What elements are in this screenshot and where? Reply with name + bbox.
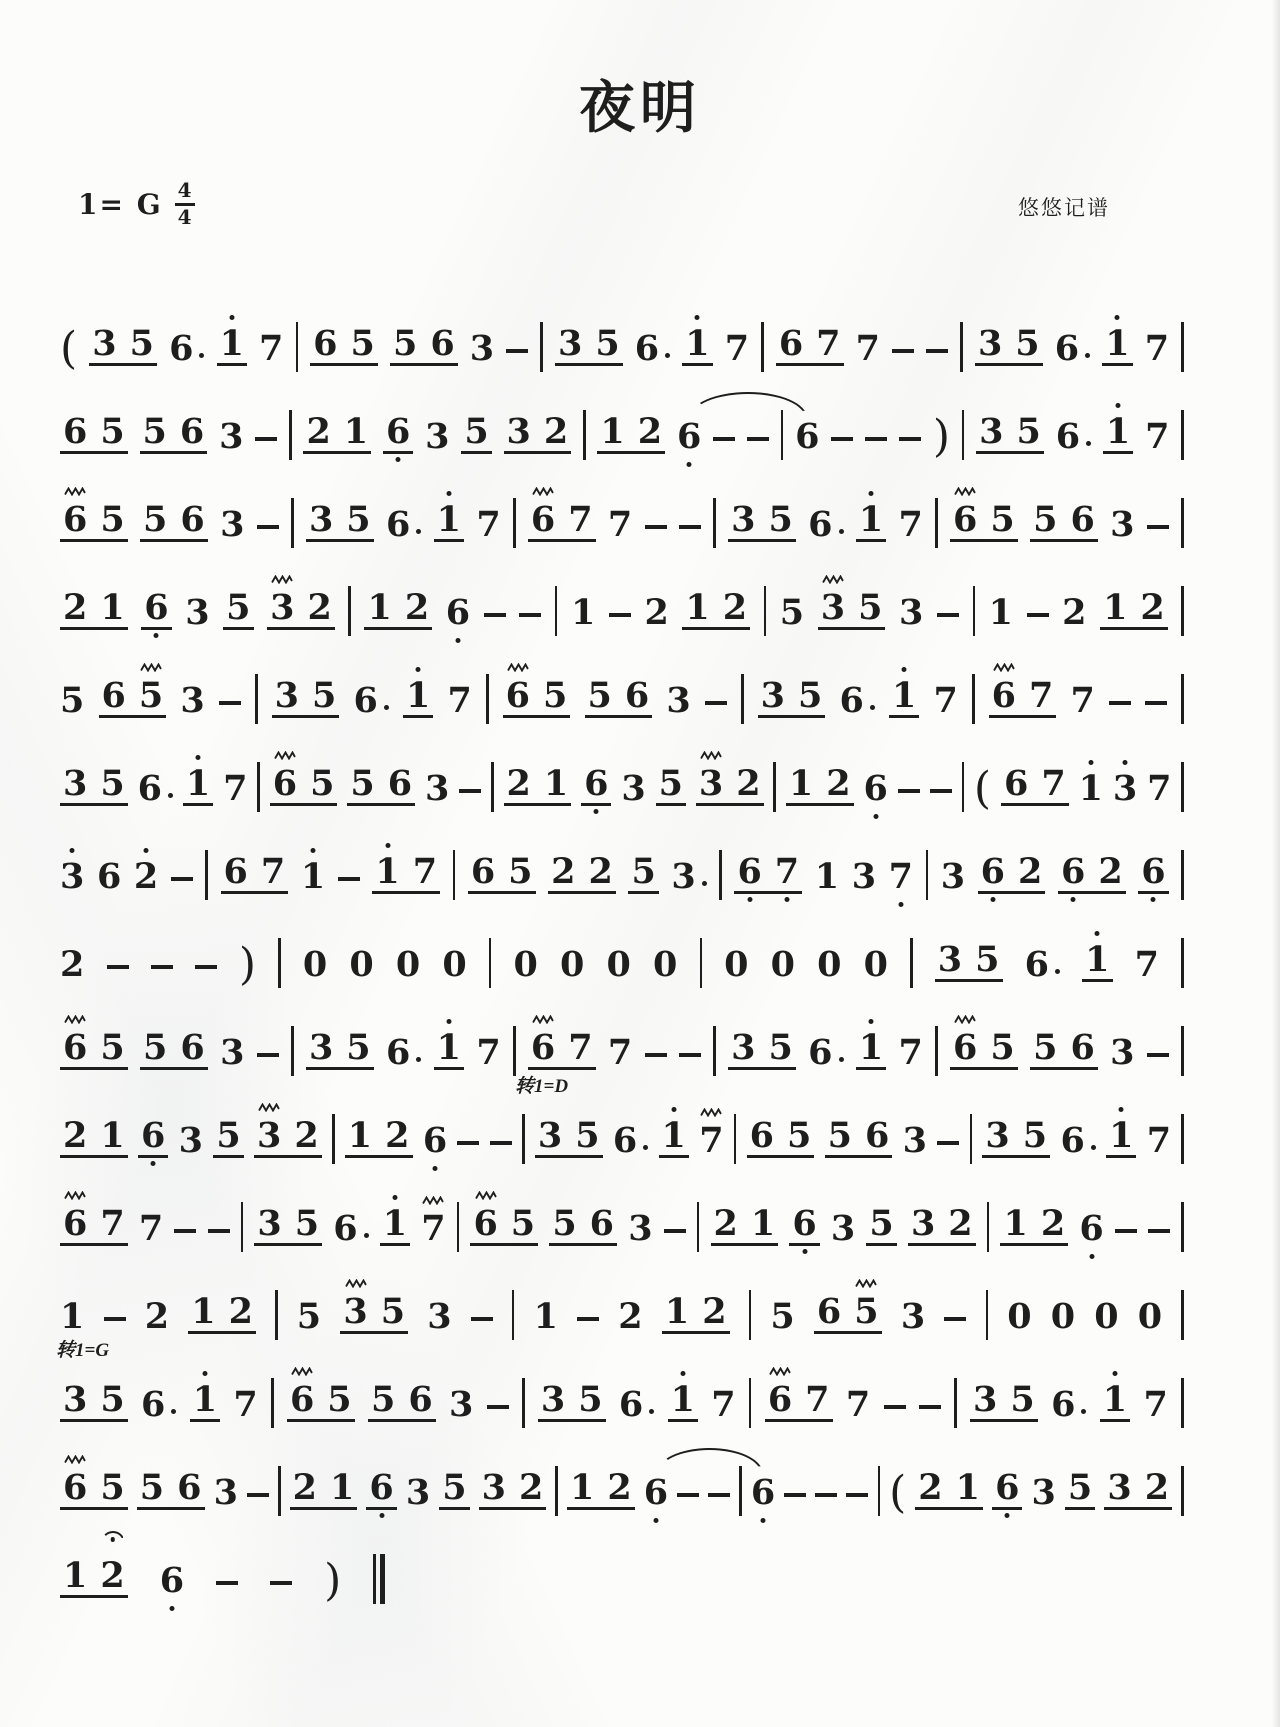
augmentation-dot-icon <box>839 529 844 534</box>
note: 5 <box>1015 326 1039 361</box>
mordent-icon <box>345 1279 366 1288</box>
digit: 5 <box>770 1299 794 1334</box>
digit: 1 <box>348 1118 372 1153</box>
beam-group: 21 <box>504 766 572 806</box>
mordent-icon <box>993 663 1014 672</box>
octave-dot-above-icon <box>144 848 149 853</box>
digit: 0 <box>396 947 420 982</box>
note: 7 <box>1029 678 1053 713</box>
digit: 2 <box>1041 1206 1065 1241</box>
note: 1 <box>406 678 430 713</box>
note: 6 <box>590 1206 614 1241</box>
digit: 6 <box>1070 502 1094 537</box>
note: 2 <box>1098 854 1122 889</box>
duration-dash <box>645 1053 667 1058</box>
beam-group: 35 <box>728 502 796 542</box>
digit: 1 <box>193 1382 217 1417</box>
note: 2 <box>702 1294 726 1329</box>
rest: 0 <box>1094 1299 1118 1334</box>
digit: 1 <box>671 1382 695 1417</box>
digit: 5 <box>828 1118 852 1153</box>
duration-dash <box>151 965 173 970</box>
note: 6 <box>423 1123 447 1158</box>
mordent-icon <box>274 751 295 760</box>
digit: 3 <box>558 326 582 361</box>
note: 3 <box>180 683 204 718</box>
augmentation-dot-icon <box>649 1409 654 1414</box>
octave-dot-above-icon <box>1112 1371 1117 1376</box>
note: 6 <box>430 326 454 361</box>
note: 2 <box>293 1470 317 1505</box>
note: 5 <box>381 1294 405 1329</box>
barline <box>973 586 976 636</box>
note: 5 <box>990 502 1014 537</box>
digit: 2 <box>1145 1470 1169 1505</box>
augmentation-dot-icon <box>665 353 670 358</box>
barline <box>1181 762 1184 812</box>
rest: 0 <box>514 947 538 982</box>
duration-dash <box>484 613 506 618</box>
note: 5 <box>659 766 683 801</box>
note: 3 <box>427 1299 451 1334</box>
note: 7 <box>1145 419 1169 454</box>
digit: 3 <box>978 326 1002 361</box>
beam-group: 12 <box>662 1294 730 1334</box>
digit: 6 <box>1061 854 1085 889</box>
beam-group: 1 <box>1082 942 1112 982</box>
digit: 3 <box>343 1294 367 1329</box>
note: 7 <box>233 1387 257 1422</box>
duration-dash <box>257 1053 279 1058</box>
digit: 3 <box>852 859 876 894</box>
rest: 0 <box>1138 1299 1162 1334</box>
octave-dot-above-icon <box>1115 315 1120 320</box>
score-line-14: 6556321635321266(2163532 <box>60 1452 1184 1510</box>
transcriber-credit: 悠悠记谱 <box>1018 192 1110 222</box>
note: 7 <box>775 854 799 889</box>
barline <box>1181 498 1184 548</box>
beam-group: 12 <box>60 1558 128 1598</box>
rest: 0 <box>1051 1299 1075 1334</box>
note: 2 <box>618 1299 642 1334</box>
digit: 1 <box>406 678 430 713</box>
barline <box>278 938 281 988</box>
beam-group: 5 <box>866 1206 896 1246</box>
note: 7 <box>816 326 840 361</box>
note: 6 <box>779 326 803 361</box>
note: 6 <box>1051 1387 1086 1422</box>
note: 6 <box>1056 419 1091 454</box>
note: 1 <box>1105 326 1129 361</box>
note: 2 <box>544 414 568 449</box>
octave-dot-above-icon <box>1095 931 1100 936</box>
digit: 6 <box>63 414 87 449</box>
digit: 6 <box>953 1030 977 1065</box>
digit: 5 <box>346 1030 370 1065</box>
note: 6 <box>354 683 389 718</box>
duration-dash <box>846 1493 868 1498</box>
duration-dash <box>1109 701 1131 706</box>
score-line-8: 2)00000000000035617 <box>60 924 1184 982</box>
note: 6 <box>169 331 204 366</box>
digit: 3 <box>821 590 845 625</box>
digit: 2 <box>723 590 747 625</box>
beam-group: 65 <box>747 1118 815 1158</box>
barline <box>926 850 929 900</box>
digit: 5 <box>310 766 334 801</box>
digit: 5 <box>312 678 336 713</box>
digit: 1 <box>383 1206 407 1241</box>
note: 7 <box>413 854 437 889</box>
note: 5 <box>854 1294 878 1329</box>
duration-dash <box>1147 525 1169 530</box>
note: 3 <box>185 595 209 630</box>
mordent-icon <box>259 1103 280 1112</box>
digit: 5 <box>575 1118 599 1153</box>
barline <box>513 498 516 548</box>
note: 1 <box>437 502 461 537</box>
note: 2 <box>519 1470 543 1505</box>
note: 3 <box>731 502 755 537</box>
beam-group: 1 <box>1100 1382 1130 1422</box>
digit: 5 <box>100 766 124 801</box>
octave-dot-below-icon <box>747 897 752 902</box>
augmentation-dot-icon <box>1086 441 1091 446</box>
note: 5 <box>780 595 804 630</box>
digit: 0 <box>724 947 748 982</box>
score-line-13: 35617655633561767735617转1=G <box>60 1364 1184 1422</box>
digit: 0 <box>1051 1299 1075 1334</box>
note: 1 <box>60 1299 84 1334</box>
octave-dot-below-icon <box>1071 897 1076 902</box>
note: 3 <box>275 678 299 713</box>
duration-dash <box>219 701 241 706</box>
barline <box>205 850 208 900</box>
digit: 2 <box>1062 595 1086 630</box>
note: 7 <box>261 854 285 889</box>
digit: 6 <box>768 1382 792 1417</box>
octave-dot-below-icon <box>432 1166 437 1171</box>
beam-group: 1 <box>1102 326 1132 366</box>
beam-group: 6 <box>383 414 413 454</box>
beam-group: 1 <box>434 1030 464 1070</box>
note: 1 <box>892 678 916 713</box>
note: 6 <box>160 1563 184 1598</box>
note: 6 <box>446 595 470 630</box>
digit: 2 <box>306 414 330 449</box>
digit: 2 <box>100 1558 124 1593</box>
note: 6 <box>63 414 87 449</box>
digit: 3 <box>973 1382 997 1417</box>
digit: 1 <box>191 1294 215 1329</box>
digit: 1 <box>1109 1118 1133 1153</box>
barline <box>289 410 292 460</box>
digit: 6 <box>160 1563 184 1598</box>
note: 3 <box>63 1382 87 1417</box>
digit: 3 <box>831 1211 855 1246</box>
digit: 5 <box>327 1382 351 1417</box>
digit: 2 <box>307 590 331 625</box>
beam-group: 56 <box>368 1382 436 1422</box>
digit: 6 <box>180 1030 204 1065</box>
note: 6 <box>863 771 887 806</box>
note: 7 <box>476 1035 500 1070</box>
note: 7 <box>1145 331 1169 366</box>
digit: 6 <box>865 1118 889 1153</box>
digit: 1 <box>570 1470 594 1505</box>
note: 7 <box>699 1123 723 1158</box>
duration-dash <box>664 1229 686 1234</box>
digit: 3 <box>1032 1475 1056 1510</box>
duration-dash <box>257 525 279 530</box>
digit: 5 <box>442 1470 466 1505</box>
octave-dot-above-icon <box>446 491 451 496</box>
digit: 5 <box>381 1294 405 1329</box>
duration-dash <box>892 349 914 354</box>
note: 1 <box>1106 414 1130 449</box>
note: 5 <box>216 1118 240 1153</box>
score-line-2: 6556321635321266)35617 <box>60 396 1184 454</box>
note: 5 <box>393 326 417 361</box>
digit: 1 <box>186 766 210 801</box>
octave-dot-above-icon <box>70 848 75 853</box>
digit: 7 <box>1071 683 1095 718</box>
score-line-4: 2163532126121253531212 <box>60 572 1184 630</box>
score-line-10: 2163532126356176556335617转1=D <box>60 1100 1184 1158</box>
note: 2 <box>736 766 760 801</box>
note: 6 <box>290 1382 314 1417</box>
note: 6 <box>144 590 168 625</box>
note: 5 <box>464 414 488 449</box>
beam-group: 6 <box>992 1470 1022 1510</box>
mordent-icon <box>955 487 976 496</box>
digit: 7 <box>1143 1387 1167 1422</box>
beam-group: 56 <box>1030 1030 1098 1070</box>
digit: 2 <box>294 1118 318 1153</box>
digit: 6 <box>180 414 204 449</box>
digit: 2 <box>714 1206 738 1241</box>
digit: 6 <box>369 1470 393 1505</box>
digit: 3 <box>63 766 87 801</box>
mordent-icon <box>822 575 843 584</box>
duration-dash <box>831 437 853 442</box>
digit: 6 <box>953 502 977 537</box>
note: 1 <box>191 1294 215 1329</box>
note: 3 <box>979 414 1003 449</box>
beam-group: 12 <box>1000 1206 1068 1246</box>
time-signature: 4 4 <box>175 180 195 228</box>
beam-group: 65 <box>814 1294 882 1334</box>
digit: 6 <box>779 326 803 361</box>
barline <box>241 1202 244 1252</box>
digit: 5 <box>346 502 370 537</box>
note: 6 <box>141 1387 176 1422</box>
note: 5 <box>543 678 567 713</box>
duration-dash <box>490 1141 512 1146</box>
digit: 7 <box>259 331 283 366</box>
note: 1 <box>375 854 399 889</box>
octave-dot-below-icon <box>687 462 692 467</box>
note: 2 <box>714 1206 738 1241</box>
digit: 6 <box>290 1382 314 1417</box>
note: 6 <box>180 414 204 449</box>
digit: 2 <box>702 1294 726 1329</box>
beam-group: 67 <box>734 854 802 894</box>
note: 5 <box>140 1470 164 1505</box>
note: 1 <box>348 1118 372 1153</box>
barline <box>348 586 351 636</box>
thick-bar <box>380 1554 385 1604</box>
duration-dash <box>577 1317 599 1322</box>
beam-group: 6 <box>581 766 611 806</box>
note: 1 <box>671 1382 695 1417</box>
digit: 0 <box>1007 1299 1031 1334</box>
beam-group: 67 <box>989 678 1057 718</box>
barline <box>540 322 543 372</box>
beam-group: 35 <box>970 1382 1038 1422</box>
note: 3 <box>899 595 923 630</box>
duration-dash <box>1145 701 1167 706</box>
rest: 0 <box>560 947 584 982</box>
mordent-icon <box>65 487 86 496</box>
note: 3 <box>1032 1475 1056 1510</box>
barline <box>962 762 965 812</box>
digit: 6 <box>423 1123 447 1158</box>
digit: 2 <box>134 859 158 894</box>
digit: 1 <box>1105 326 1129 361</box>
note: 6 <box>386 1035 421 1070</box>
digit: 7 <box>816 326 840 361</box>
beam-group: 67 <box>528 1030 596 1070</box>
digit: 6 <box>795 419 819 454</box>
beam-group: 1 <box>1103 414 1133 454</box>
note: 6 <box>584 766 608 801</box>
digit: 7 <box>1147 771 1171 806</box>
note: 6 <box>1060 1123 1095 1158</box>
digit: 5 <box>143 414 167 449</box>
octave-dot-below-icon <box>151 1161 156 1166</box>
note: 5 <box>100 1470 124 1505</box>
note: 1 <box>544 766 568 801</box>
octave-dot-below-icon <box>379 1513 384 1518</box>
duration-dash <box>926 349 948 354</box>
note: 6 <box>1070 502 1094 537</box>
note: 3 <box>406 1475 430 1510</box>
open-paren: ( <box>889 1471 906 1515</box>
barline <box>453 850 456 900</box>
score-line-5: 5653356176556335617677 <box>60 660 1184 718</box>
mordent-icon <box>701 751 722 760</box>
digit: 1 <box>60 1299 84 1334</box>
digit: 5 <box>990 502 1014 537</box>
duration-dash <box>1115 1229 1137 1234</box>
duration-dash <box>679 1053 701 1058</box>
beam-group: 56 <box>137 1470 205 1510</box>
note: 3 <box>343 1294 367 1329</box>
note: 7 <box>889 859 913 894</box>
digit: 6 <box>430 326 454 361</box>
note: 3 <box>63 766 87 801</box>
augmentation-dot-icon <box>1055 969 1060 974</box>
digit: 6 <box>1060 1123 1084 1158</box>
note: 6 <box>1025 947 1060 982</box>
mordent-icon <box>701 1108 722 1117</box>
barline <box>935 498 938 548</box>
barline <box>332 1114 335 1164</box>
note: 5 <box>442 1470 466 1505</box>
digit: 1 <box>220 326 244 361</box>
digit: 5 <box>768 502 792 537</box>
beam-group: 5 <box>213 1118 243 1158</box>
note: 7 <box>259 331 283 366</box>
digit: 7 <box>899 1035 923 1070</box>
note: 5 <box>1010 1382 1034 1417</box>
note: 3 <box>761 678 785 713</box>
barline <box>1181 850 1184 900</box>
beam-group: 65 <box>503 678 571 718</box>
octave-dot-above-icon <box>1088 760 1093 765</box>
note: 7 <box>1041 766 1065 801</box>
digit: 3 <box>270 590 294 625</box>
note: 6 <box>531 1030 555 1065</box>
note: 6 <box>63 1470 87 1505</box>
duration-dash <box>677 1493 699 1498</box>
digit: 3 <box>425 771 449 806</box>
note: 3 <box>985 1118 1009 1153</box>
note: 3 <box>628 1211 652 1246</box>
note: 6 <box>953 1030 977 1065</box>
note: 2 <box>948 1206 972 1241</box>
digit: 5 <box>100 1030 124 1065</box>
digit: 3 <box>219 419 243 454</box>
digit: 2 <box>405 590 429 625</box>
note: 6 <box>817 1294 841 1329</box>
note: 6 <box>224 854 248 889</box>
note: 5 <box>1033 1030 1057 1065</box>
note: 2 <box>134 859 158 894</box>
digit: 0 <box>771 947 795 982</box>
barline <box>1181 1466 1184 1516</box>
note: 6 <box>865 1118 889 1153</box>
note: 5 <box>346 502 370 537</box>
digit: 3 <box>899 595 923 630</box>
digit: 5 <box>595 326 619 361</box>
digit: 7 <box>100 1206 124 1241</box>
note: 1 <box>662 1118 686 1153</box>
beam-group: 1 <box>856 502 886 542</box>
note: 5 <box>346 1030 370 1065</box>
note: 3 <box>666 683 690 718</box>
digit: 7 <box>725 331 749 366</box>
duration-dash <box>713 437 735 442</box>
beam-group: 35 <box>935 942 1003 982</box>
beam-group: 1 <box>889 678 919 718</box>
note: 7 <box>934 683 958 718</box>
digit: 7 <box>421 1211 445 1246</box>
barline <box>987 1202 990 1252</box>
digit: 6 <box>224 854 248 889</box>
note: 7 <box>846 1387 870 1422</box>
open-paren: ( <box>974 767 991 811</box>
octave-dot-below-icon <box>396 457 401 462</box>
beam-group: 35 <box>728 1030 796 1070</box>
note: 1 <box>63 1558 87 1593</box>
digit: 3 <box>985 1118 1009 1153</box>
beam-group: 35 <box>758 678 826 718</box>
note: 2 <box>385 1118 409 1153</box>
note: 5 <box>768 502 792 537</box>
barline <box>257 762 260 812</box>
